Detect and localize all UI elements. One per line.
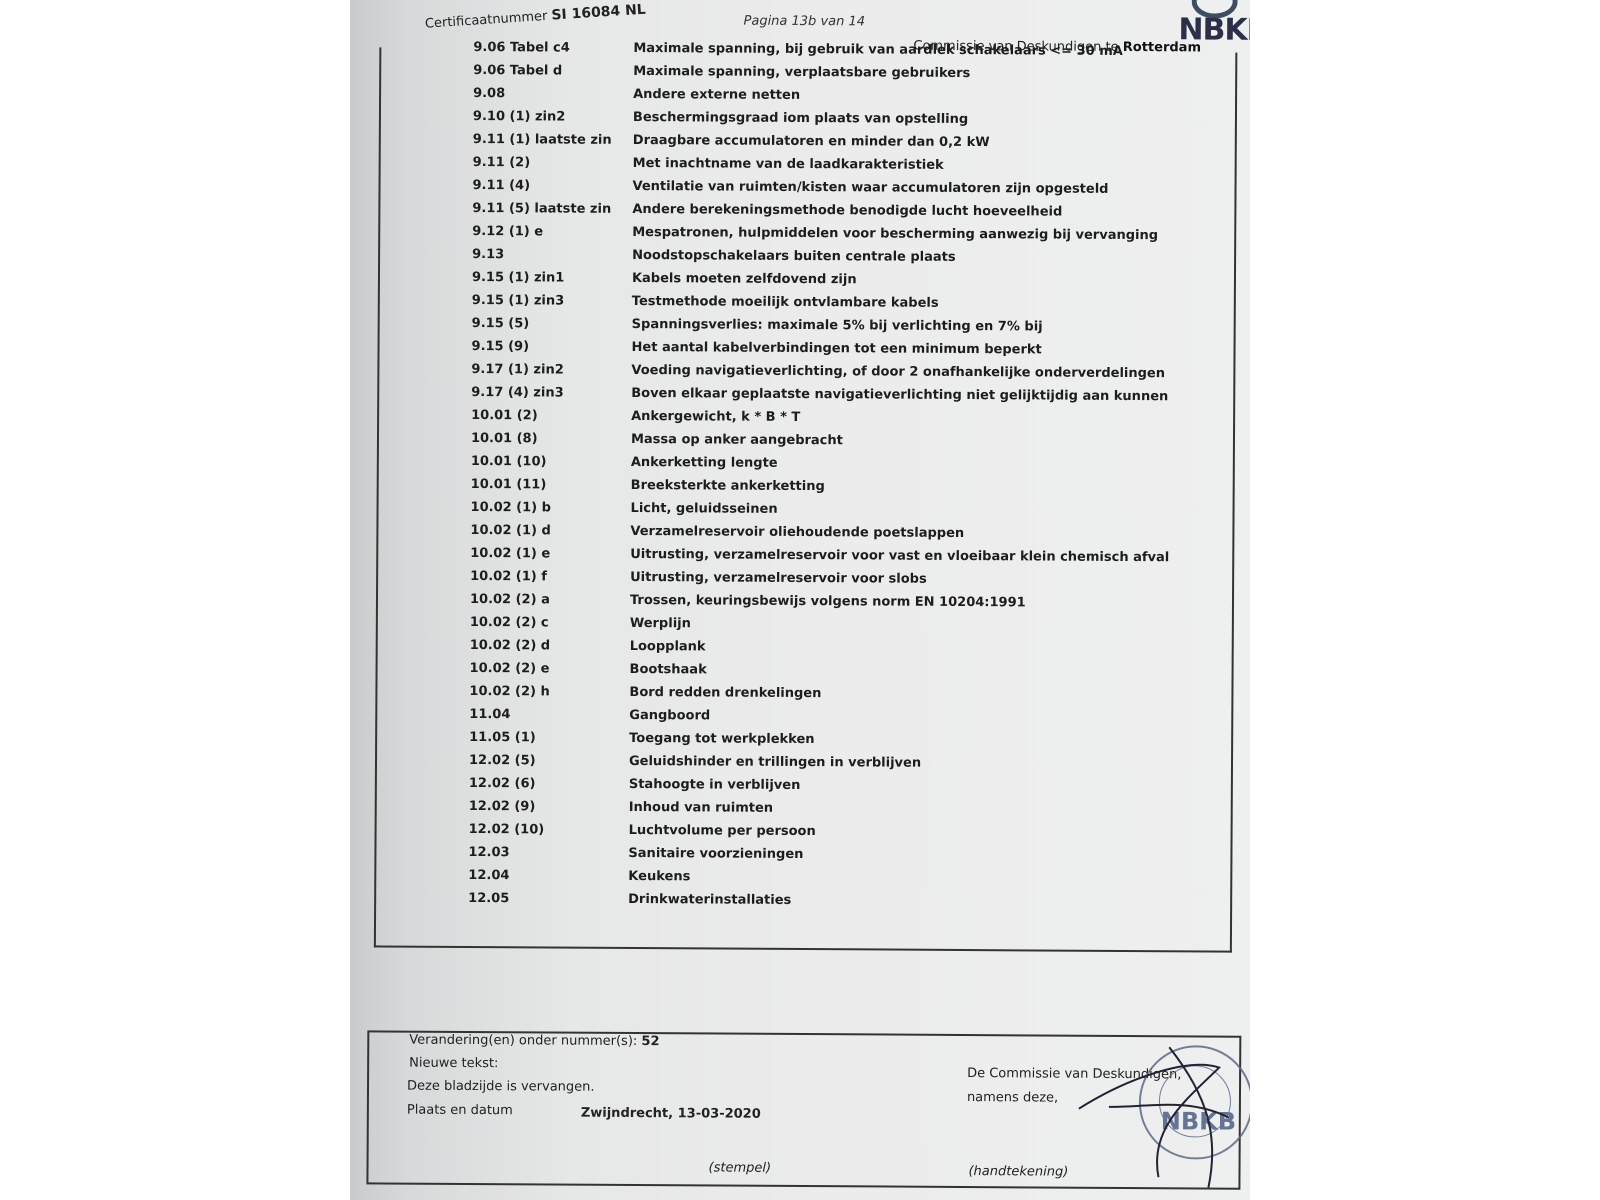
row-reference: 10.02 (2) a xyxy=(350,591,630,608)
row-description: Verzamelreservoir oliehoudende poetslapp… xyxy=(630,524,1250,543)
row-reference: 9.17 (4) zin3 xyxy=(351,384,631,401)
changes-label: Verandering(en) onder nummer(s): xyxy=(409,1033,637,1049)
row-description: Drinkwaterinstallaties xyxy=(628,892,1248,911)
row-reference: 10.02 (1) e xyxy=(350,545,630,562)
row-description: Boven elkaar geplaatste navigatieverlich… xyxy=(631,386,1250,405)
row-description: Kabels moeten zelfdovend zijn xyxy=(632,271,1250,290)
row-reference: 11.05 (1) xyxy=(350,729,629,746)
row-description: Ventilatie van ruimten/kisten waar accum… xyxy=(632,179,1250,198)
row-reference: 10.02 (2) d xyxy=(350,637,630,654)
row-reference: 10.02 (2) h xyxy=(350,683,629,700)
row-description: Inhoud van ruimten xyxy=(629,800,1249,819)
row-reference: 9.15 (5) xyxy=(352,315,632,332)
row-description: Maximale spanning, bij gebruik van aardl… xyxy=(633,41,1250,60)
row-reference: 10.02 (2) c xyxy=(350,614,630,631)
certificate-label: Certificaatnummer xyxy=(425,9,548,32)
row-description: Gangboord xyxy=(629,708,1249,727)
row-description: Met inachtname van de laadkarakteristiek xyxy=(633,156,1250,175)
row-reference: 10.01 (2) xyxy=(351,407,631,424)
row-description: Noodstopschakelaars buiten centrale plaa… xyxy=(632,248,1250,267)
certificate-number: Certificaatnummer SI 16084 NL xyxy=(424,2,646,32)
row-description: Sanitaire voorzieningen xyxy=(628,846,1248,865)
stamp-label: (stempel) xyxy=(708,1160,771,1175)
row-reference: 9.11 (1) laatste zin xyxy=(353,131,633,148)
row-description: Geluidshinder en trillingen in verblijve… xyxy=(629,754,1249,773)
row-reference: 11.04 xyxy=(350,706,629,723)
row-reference: 10.02 (1) d xyxy=(350,522,630,539)
row-description: Ankergewicht, k * B * T xyxy=(631,409,1250,428)
row-reference: 9.15 (9) xyxy=(351,338,631,355)
row-reference: 10.01 (10) xyxy=(351,453,631,470)
row-reference: 9.17 (1) zin2 xyxy=(351,361,631,378)
row-reference: 10.01 (8) xyxy=(351,430,631,447)
row-reference: 9.15 (1) zin3 xyxy=(352,292,632,309)
row-description: Keukens xyxy=(628,869,1248,888)
items-table: 9.06 Tabel c4Maximale spanning, bij gebr… xyxy=(350,35,1250,914)
row-reference: 12.04 xyxy=(350,867,628,884)
row-reference: 9.11 (4) xyxy=(352,177,632,194)
row-reference: 9.13 xyxy=(352,246,632,263)
row-reference: 12.02 (6) xyxy=(350,775,629,792)
page-number: Pagina 13b van 14 xyxy=(743,14,865,30)
row-description: Breeksterkte ankerketting xyxy=(631,478,1250,497)
row-description: Draagbare accumulatoren en minder dan 0,… xyxy=(633,133,1250,152)
row-reference: 9.06 Tabel d xyxy=(353,62,633,79)
row-reference: 9.10 (1) zin2 xyxy=(353,108,633,125)
new-text-label: Nieuwe tekst: xyxy=(409,1056,498,1072)
row-description: Het aantal kabelverbindingen tot een min… xyxy=(631,340,1250,359)
row-description: Bord redden drenkelingen xyxy=(629,685,1249,704)
row-reference: 10.01 (11) xyxy=(351,476,631,493)
row-description: Trossen, keuringsbewijs volgens norm EN … xyxy=(630,593,1250,612)
row-description: Uitrusting, verzamelreservoir voor slobs xyxy=(630,570,1250,589)
row-reference: 9.06 Tabel c4 xyxy=(353,39,633,56)
row-description: Bootshaak xyxy=(630,662,1250,681)
row-description: Andere berekeningsmethode benodigde luch… xyxy=(632,202,1250,221)
row-reference: 12.03 xyxy=(350,844,628,861)
row-reference: 12.02 (10) xyxy=(350,821,629,838)
document-page: Certificaatnummer SI 16084 NL Pagina 13b… xyxy=(350,0,1250,1200)
row-reference: 10.02 (1) f xyxy=(350,568,630,585)
certificate-value: SI 16084 NL xyxy=(551,2,646,24)
commission-signoff-2: namens deze, xyxy=(967,1090,1058,1106)
row-description: Testmethode moeilijk ontvlambare kabels xyxy=(632,294,1250,313)
row-reference: 9.15 (1) zin1 xyxy=(352,269,632,286)
change-footer: Verandering(en) onder nummer(s): 52 Nieu… xyxy=(366,1030,1241,1189)
place-date-value: Zwijndrecht, 13-03-2020 xyxy=(581,1106,761,1122)
row-description: Licht, geluidsseinen xyxy=(631,501,1250,520)
row-description: Loopplank xyxy=(630,639,1250,658)
row-reference: 12.05 xyxy=(350,890,628,907)
row-description: Stahoogte in verblijven xyxy=(629,777,1249,796)
row-reference: 9.11 (5) laatste zin xyxy=(352,200,632,217)
row-reference: 10.02 (2) e xyxy=(350,660,630,677)
signature-label: (handtekening) xyxy=(968,1164,1068,1180)
row-reference: 9.11 (2) xyxy=(353,154,633,171)
row-reference: 12.02 (5) xyxy=(350,752,629,769)
row-description: Beschermingsgraad iom plaats van opstell… xyxy=(633,110,1250,129)
changes-line: Verandering(en) onder nummer(s): 52 xyxy=(409,1033,659,1050)
row-reference: 12.02 (9) xyxy=(350,798,629,815)
place-date-label: Plaats en datum xyxy=(407,1103,513,1119)
row-reference: 9.08 xyxy=(353,85,633,102)
row-description: Uitrusting, verzamelreservoir voor vast … xyxy=(630,547,1250,566)
row-description: Toegang tot werkplekken xyxy=(629,731,1249,750)
row-description: Andere externe netten xyxy=(633,87,1250,106)
row-description: Maximale spanning, verplaatsbare gebruik… xyxy=(633,64,1250,83)
row-description: Mespatronen, hulpmiddelen voor beschermi… xyxy=(632,225,1250,244)
row-description: Voeding navigatieverlichting, of door 2 … xyxy=(631,363,1250,382)
replaced-text: Deze bladzijde is vervangen. xyxy=(407,1079,595,1095)
changes-number: 52 xyxy=(641,1034,659,1049)
row-reference: 10.02 (1) b xyxy=(351,499,631,516)
row-description: Massa op anker aangebracht xyxy=(631,432,1250,451)
row-description: Ankerketting lengte xyxy=(631,455,1250,474)
row-description: Luchtvolume per persoon xyxy=(629,823,1249,842)
signature-icon xyxy=(1068,1037,1239,1188)
row-description: Werplijn xyxy=(630,616,1250,635)
row-description: Spanningsverlies: maximale 5% bij verlic… xyxy=(632,317,1250,336)
row-reference: 9.12 (1) e xyxy=(352,223,632,240)
